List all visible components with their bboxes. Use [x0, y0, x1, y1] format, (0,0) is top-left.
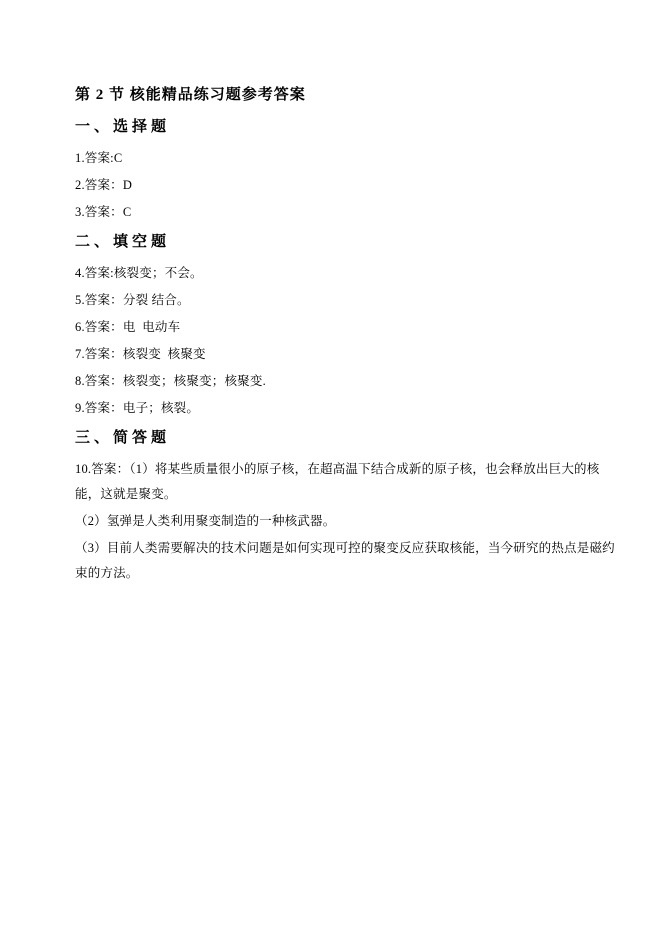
document-content: 第 2 节 核能精品练习题参考答案 一、选择题 1.答案:C 2.答案：D 3.…	[75, 86, 623, 588]
section-heading-short-answer: 三、简答题	[75, 428, 623, 448]
answer-line-10-part-3: （3）目前人类需要解决的技术问题是如何实现可控的聚变反应获取核能，当今研究的热点…	[75, 536, 623, 586]
document-page: 第 2 节 核能精品练习题参考答案 一、选择题 1.答案:C 2.答案：D 3.…	[0, 0, 661, 935]
answer-line-7: 7.答案：核裂变 核聚变	[75, 342, 623, 367]
section-heading-fill-in-blank: 二、填空题	[75, 232, 623, 252]
answer-line-10-part-2: （2）氢弹是人类利用聚变制造的一种核武器。	[75, 509, 623, 534]
answer-line-8: 8.答案：核裂变；核聚变；核聚变.	[75, 369, 623, 394]
answer-line-3: 3.答案：C	[75, 200, 623, 225]
answer-line-1: 1.答案:C	[75, 146, 623, 171]
answer-line-6: 6.答案：电 电动车	[75, 315, 623, 340]
section-heading-multiple-choice: 一、选择题	[75, 117, 623, 137]
answer-line-4: 4.答案:核裂变；不会。	[75, 261, 623, 286]
answer-line-9: 9.答案：电子；核裂。	[75, 396, 623, 421]
answer-line-5: 5.答案：分裂 结合。	[75, 288, 623, 313]
document-title: 第 2 节 核能精品练习题参考答案	[75, 86, 623, 105]
section-fill-in-blank: 二、填空题 4.答案:核裂变；不会。 5.答案：分裂 结合。 6.答案：电 电动…	[75, 232, 623, 421]
answer-line-2: 2.答案：D	[75, 173, 623, 198]
section-short-answer: 三、简答题 10.答案：（1）将某些质量很小的原子核，在超高温下结合成新的原子核…	[75, 428, 623, 586]
answer-line-10-part-1: 10.答案：（1）将某些质量很小的原子核，在超高温下结合成新的原子核，也会释放出…	[75, 457, 623, 507]
section-multiple-choice: 一、选择题 1.答案:C 2.答案：D 3.答案：C	[75, 117, 623, 225]
